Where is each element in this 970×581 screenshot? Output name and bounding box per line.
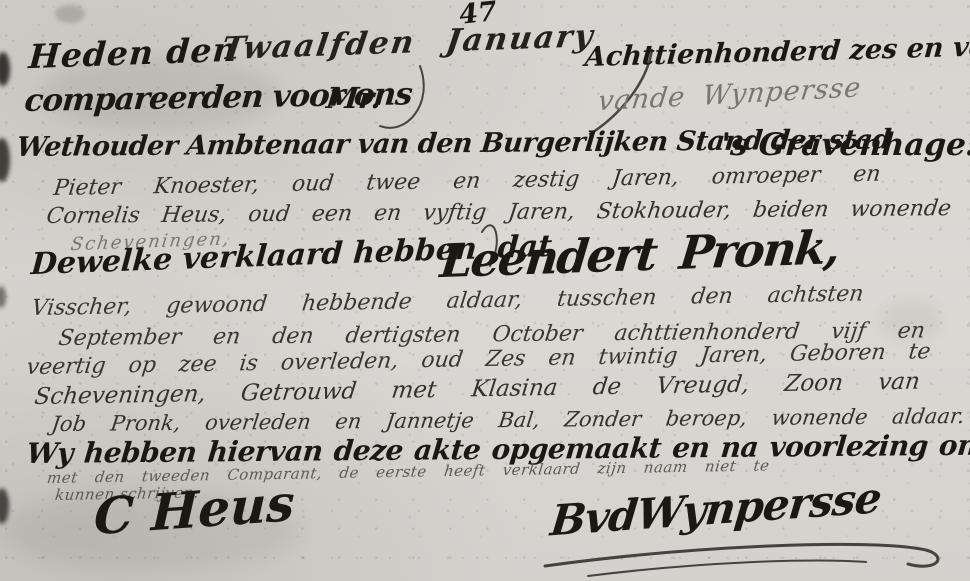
opening-heden-den: Heden den [28,33,239,73]
signature-witness: C Heus [93,478,295,542]
registrar-name-faint: vande Wynpersse [597,74,863,115]
opening-date: Twaalfden January [220,21,597,65]
edge-ink-mark [0,52,10,86]
death-record-scan: 47 Heden den Twaalfden January Achttienh… [0,0,970,581]
registrar-title: Mr. [325,84,383,113]
paper-smudge [55,5,85,23]
signature-registrar: BvdWynpersse [549,477,883,542]
witness1-line: Pieter Knoester, oud twee en zestig Jare… [52,164,881,200]
edge-ink-mark [0,286,6,308]
edge-ink-mark [0,138,10,182]
city-name: 's Gravenhage: [720,130,970,161]
occupation-line: Visscher, gewoond hebbende aldaar, tussc… [30,283,864,320]
opening-year: Achttienhonderd zes en veertig [584,32,970,71]
deceased-name: Leendert Pronk, [438,224,841,284]
